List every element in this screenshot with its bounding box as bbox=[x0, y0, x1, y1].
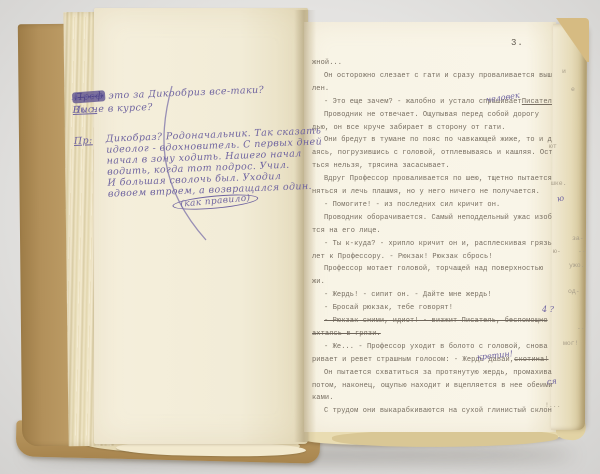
typed-line: - Жердь! - сипит он. - Дайте мне жердь! bbox=[312, 290, 552, 300]
edge-text-fragment: ужо. bbox=[569, 262, 585, 269]
typed-line: Проводник оборачивается. Самый неподдель… bbox=[312, 213, 552, 223]
typed-line: Профессор мотает головой, торчащей над п… bbox=[312, 264, 552, 274]
edge-text-fragment: .. bbox=[578, 247, 586, 254]
typed-line: - Бросай рюкзак, тебе говорят! bbox=[312, 303, 552, 313]
edge-text-fragment: ют bbox=[549, 143, 557, 150]
edge-text-fragment: е bbox=[571, 86, 575, 93]
typed-line: няться и лечь плашмя, но у него ничего н… bbox=[312, 187, 552, 197]
typed-line: жи. bbox=[312, 277, 552, 287]
typed-line: потом, наконец, ощупью находит и вцепляе… bbox=[312, 381, 552, 391]
dog-ear-fold bbox=[549, 18, 589, 62]
typed-line: ками. bbox=[312, 393, 552, 403]
edge-text-fragment: .. bbox=[577, 324, 585, 331]
typed-line: тся на его лице. bbox=[312, 226, 552, 236]
edge-text-fragment: мог! bbox=[563, 340, 579, 347]
typed-line: Он осторожно слезает с гати и сразу пров… bbox=[312, 71, 552, 81]
typed-line: дью, он все круче забирает в сторону от … bbox=[312, 123, 552, 133]
typewritten-text-block: жной...Он осторожно слезает с гати и сра… bbox=[312, 58, 552, 430]
manuscript-photo: 3. жной...Он осторожно слезает с гати и … bbox=[0, 0, 600, 474]
typed-line: ривает и ревет страшным голосом: - Жердь… bbox=[312, 355, 552, 365]
typed-line: - Рюкзак сними, идиот! - визжит Писатель… bbox=[312, 316, 552, 326]
edge-text-fragment: ю- bbox=[553, 248, 561, 255]
typed-line: ться нельзя, трясина засасывает. bbox=[312, 161, 552, 171]
typed-line: Они бредут в тумане по пояс по чавкающей… bbox=[312, 135, 552, 145]
typed-line: - Ты к-куда? - хрипло кричит он и, распл… bbox=[312, 239, 552, 249]
typed-line: - Же... - Профессор уходит в болото с го… bbox=[312, 342, 552, 352]
typed-line: - Помогите! - из последних сил кричит он… bbox=[312, 200, 552, 210]
typed-line: Проводник не отвечает. Ощупывая перед со… bbox=[312, 110, 552, 120]
typed-line: лет к Профессору. - Рюкзак! Рюкзак сброс… bbox=[312, 252, 552, 262]
typed-line: аясь, погрузившись с головой, отплевывая… bbox=[312, 148, 552, 158]
handwritten-correction: ся bbox=[547, 377, 557, 387]
speaker-abbreviation: Пр: bbox=[74, 135, 93, 147]
typed-line: Вдруг Профессор проваливается по шею, тщ… bbox=[312, 174, 552, 184]
handwritten-correction: ю bbox=[556, 193, 565, 203]
typed-line: жной... bbox=[312, 58, 552, 68]
typed-line: Он пытается схватиться за протянутую жер… bbox=[312, 368, 552, 378]
edge-text-fragment: !... bbox=[545, 402, 561, 409]
page-number: 3. bbox=[511, 38, 524, 48]
curled-page-edge bbox=[551, 24, 587, 430]
edge-text-fragment: од- bbox=[568, 288, 580, 295]
typed-line: С трудом они выкарабкиваются на сухой гл… bbox=[312, 406, 552, 416]
edge-text-fragment: и bbox=[562, 68, 566, 75]
deletion-stroke bbox=[138, 78, 230, 250]
edge-text-fragment: за- bbox=[572, 235, 584, 242]
typed-line: ахтаясь в грязи. bbox=[312, 329, 552, 339]
handwritten-correction: 4 ? bbox=[542, 305, 554, 314]
edge-text-fragment: шке. bbox=[551, 180, 567, 187]
